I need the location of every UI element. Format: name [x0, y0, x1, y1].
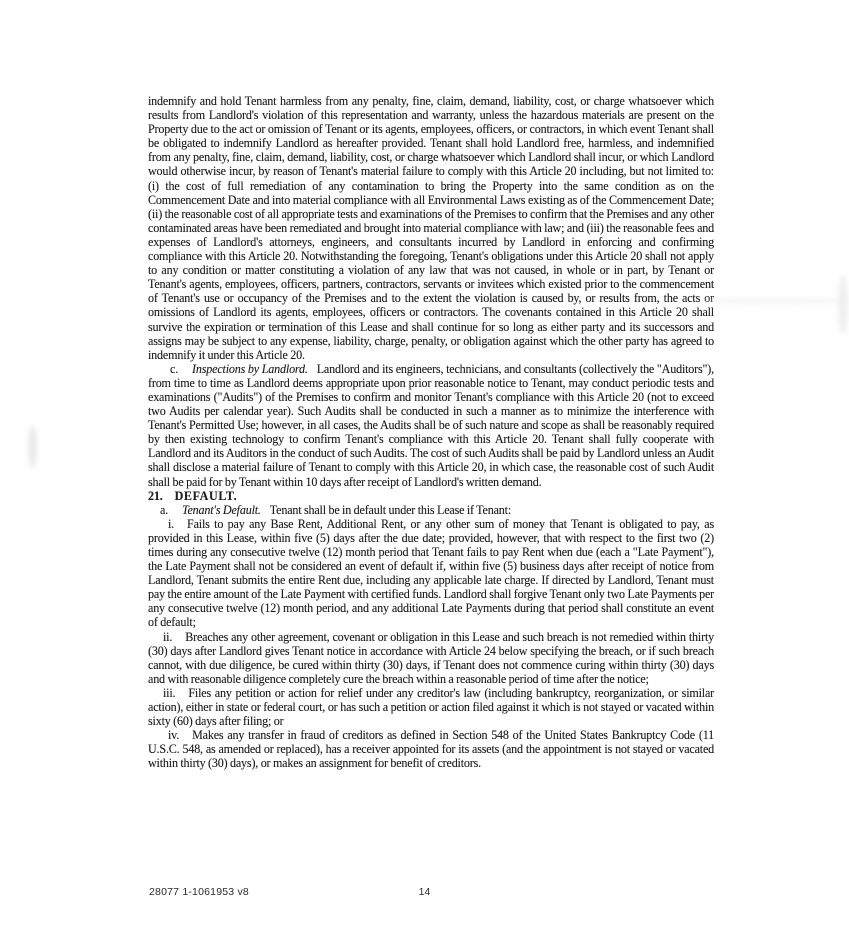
default-item-iii: iii.Files any petition or action for rel… — [148, 686, 714, 728]
default-item-ii-text: Breaches any other agreement, covenant o… — [148, 630, 714, 686]
section-a-paragraph: a.Tenant's Default.Tenant shall be in de… — [148, 503, 714, 517]
scan-artifact-right-edge — [838, 276, 848, 334]
default-item-iii-numeral: iii. — [163, 686, 175, 700]
default-item-ii: ii.Breaches any other agreement, covenan… — [148, 630, 714, 686]
article-21-title: DEFAULT. — [175, 489, 238, 503]
section-c-label: c. — [170, 362, 178, 376]
default-item-iii-text: Files any petition or action for relief … — [148, 686, 714, 728]
default-item-i: i.Fails to pay any Base Rent, Additional… — [148, 517, 714, 630]
section-a-text: Tenant shall be in default under this Le… — [270, 503, 511, 517]
section-a-heading: Tenant's Default. — [182, 503, 261, 517]
section-a-label: a. — [160, 503, 168, 517]
continuation-paragraph: indemnify and hold Tenant harmless from … — [148, 94, 714, 362]
default-item-i-text: Fails to pay any Base Rent, Additional R… — [148, 517, 714, 630]
scanned-lease-page: indemnify and hold Tenant harmless from … — [0, 0, 849, 949]
default-item-iv-numeral: iv. — [168, 728, 179, 742]
section-c-paragraph: c.Inspections by Landlord.Landlord and i… — [148, 362, 714, 489]
default-item-ii-numeral: ii. — [163, 630, 172, 644]
text-block: indemnify and hold Tenant harmless from … — [148, 94, 714, 771]
default-item-i-numeral: i. — [168, 517, 174, 531]
scan-artifact-streak — [700, 298, 849, 304]
article-21-heading: 21.DEFAULT. — [148, 489, 714, 503]
footer-page-number: 14 — [0, 886, 849, 898]
default-item-iv-text: Makes any transfer in fraud of creditors… — [148, 728, 714, 770]
article-21-number: 21. — [148, 489, 163, 503]
scan-artifact-left-edge — [28, 426, 37, 468]
default-item-iv: iv.Makes any transfer in fraud of credit… — [148, 728, 714, 770]
section-c-text: Landlord and its engineers, technicians,… — [148, 362, 714, 489]
section-c-heading: Inspections by Landlord. — [192, 362, 308, 376]
